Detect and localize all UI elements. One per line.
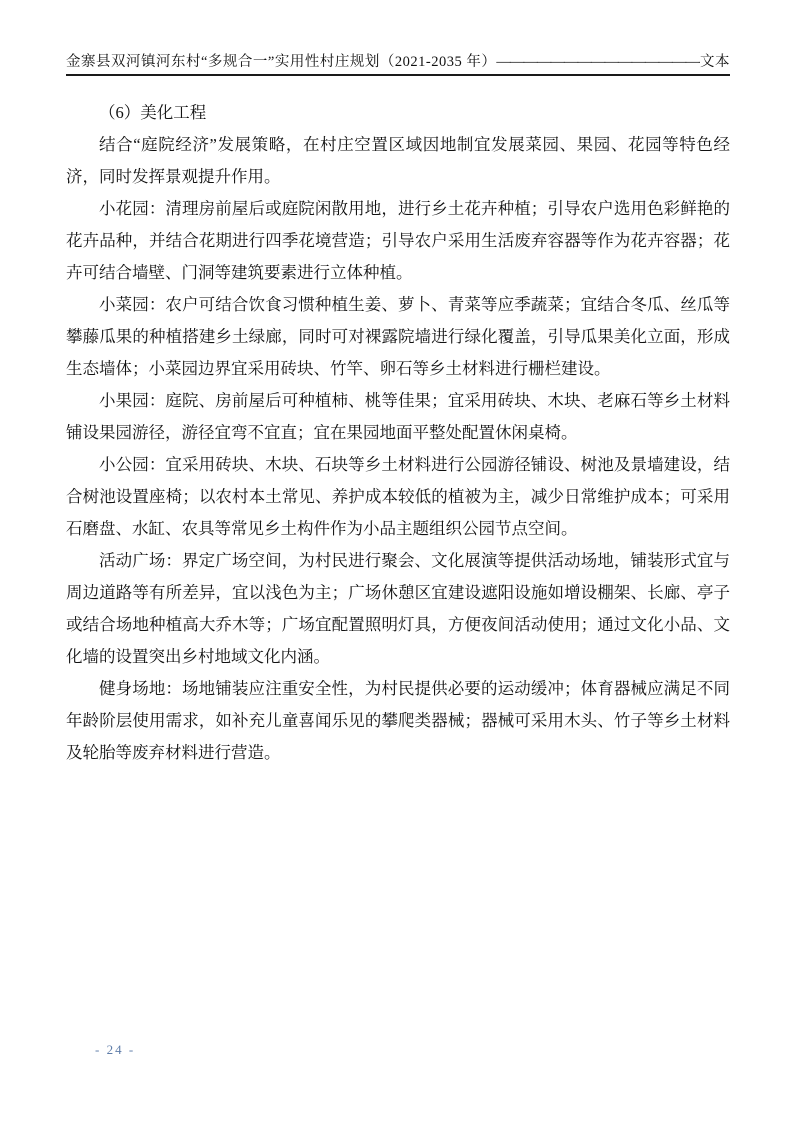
paragraph-vegetable-garden: 小菜园：农户可结合饮食习惯种植生姜、萝卜、青菜等应季蔬菜；宜结合冬瓜、丝瓜等攀藤… <box>66 289 730 385</box>
document-page: { "header": { "title": "金寨县双河镇河东村“多规合一”实… <box>0 0 794 1122</box>
paragraph-activity-square: 活动广场：界定广场空间，为村民进行聚会、文化展演等提供活动场地，铺装形式宜与周边… <box>66 545 730 673</box>
paragraph-intro: 结合“庭院经济”发展策略，在村庄空置区域因地制宜发展菜园、果园、花园等特色经济，… <box>66 129 730 193</box>
document-title: 金寨县双河镇河东村“多规合一”实用性村庄规划（2021-2035 年） <box>66 50 496 71</box>
paragraph-orchard: 小果园：庭院、房前屋后可种植柿、桃等佳果；宜采用砖块、木块、老麻石等乡土材料铺设… <box>66 385 730 449</box>
paragraph-park: 小公园：宜采用砖块、木块、石块等乡土材料进行公园游径铺设、树池及景墙建设，结合树… <box>66 449 730 545</box>
document-body: （6）美化工程 结合“庭院经济”发展策略，在村庄空置区域因地制宜发展菜园、果园、… <box>66 97 730 769</box>
header-dash-leader: ——————————————————————————— <box>496 54 700 71</box>
page-header: 金寨县双河镇河东村“多规合一”实用性村庄规划（2021-2035 年） ————… <box>66 50 730 76</box>
section-heading: （6）美化工程 <box>66 97 730 129</box>
page-number: - 24 - <box>95 1042 135 1058</box>
paragraph-flower-garden: 小花园：清理房前屋后或庭院闲散用地，进行乡土花卉种植；引导农户选用色彩鲜艳的花卉… <box>66 193 730 289</box>
page-container: 金寨县双河镇河东村“多规合一”实用性村庄规划（2021-2035 年） ————… <box>0 0 794 1122</box>
header-corner-label: 文本 <box>700 50 730 71</box>
paragraph-fitness-area: 健身场地：场地铺装应注重安全性，为村民提供必要的运动缓冲；体育器械应满足不同年龄… <box>66 673 730 769</box>
